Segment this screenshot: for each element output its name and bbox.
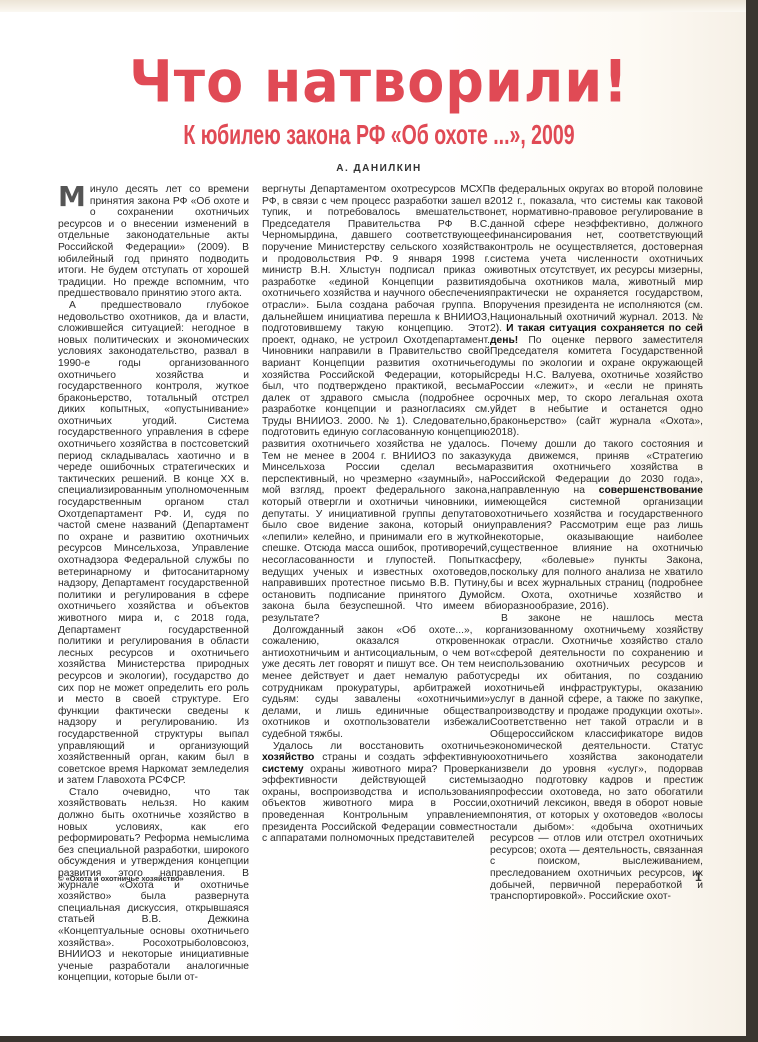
paragraph: Долгожданный закон «Об охоте...», к сожа… <box>262 625 490 741</box>
article-subtitle: К юбилею закона РФ «Об охоте ...», 2009 <box>83 118 674 152</box>
bold-emphasis: систему <box>262 764 304 775</box>
article-title: Что натворили! <box>0 50 758 115</box>
page-number: 1 <box>695 870 702 884</box>
paragraph: Почему дошли до такого состояния и куда … <box>490 439 703 613</box>
paragraph: вергнуты Департаментом охотресурсов МСХП… <box>262 184 490 625</box>
drop-cap: М <box>58 186 86 208</box>
bold-emphasis: совершенствование <box>599 485 703 496</box>
paragraph: Стало очевидно, что так хозяйствовать не… <box>58 787 249 984</box>
copyright-footer: © «Охота и охотничье хозяйство» <box>58 874 184 883</box>
paragraph: А предшествовало глубокое недовольство о… <box>58 300 249 787</box>
text-column-3: в федеральных округах во второй половине… <box>490 184 703 903</box>
paragraph: в федеральных округах во второй половине… <box>490 184 703 439</box>
paragraph: В законе не нашлось места организованном… <box>490 613 703 903</box>
paragraph: Удалось ли восстановить охотничье хозяйс… <box>262 741 490 845</box>
magazine-page: Что натворили! К юбилею закона РФ «Об ох… <box>0 0 746 1036</box>
bold-emphasis: хозяйство <box>262 752 314 763</box>
text-column-2: вергнуты Департаментом охотресурсов МСХП… <box>262 184 490 845</box>
text-column-1: Минуло десять лет со времени принятия за… <box>58 184 249 984</box>
article-author: А. ДАНИЛКИН <box>0 163 758 174</box>
paragraph: Минуло десять лет со времени принятия за… <box>58 184 249 300</box>
